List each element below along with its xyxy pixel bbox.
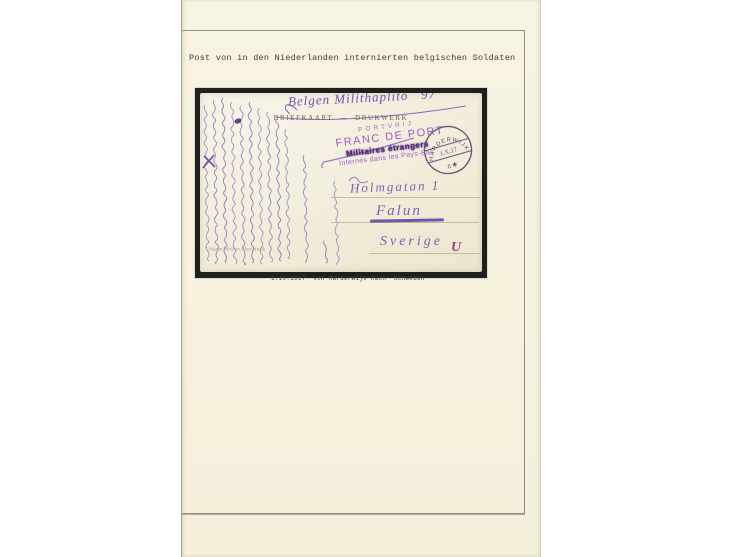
address-country: Sverige xyxy=(380,234,443,250)
album-page: Post von in den Niederlanden internierte… xyxy=(181,0,541,557)
postmark-bar-bottom xyxy=(429,151,471,163)
handwritten-heading: Belgen Milithaplito 97 xyxy=(288,93,437,110)
imprint-briefkaart: BRIEFKAART — DRUKWERK xyxy=(200,114,482,122)
handwritten-message-line xyxy=(222,98,228,263)
handwritten-message-line xyxy=(324,241,328,263)
publisher-imprint: Uitgave: Wolters, Harderwijk xyxy=(206,246,266,252)
postmark-date: 1.X.17 xyxy=(439,146,459,158)
postcard-mount: HARDERWIJK 1.X.17 6 ✱ Belgen Milithaplit… xyxy=(195,88,487,278)
address-street: Holmgatan 1 xyxy=(350,177,441,196)
postmark-index: 6 ✱ xyxy=(447,161,459,170)
address-ruling-line xyxy=(331,222,479,223)
scribble-x-mark xyxy=(203,155,215,168)
handwritten-message-line xyxy=(285,129,290,259)
handwritten-message-line xyxy=(258,108,263,264)
scanned-album-page: Post von in den Niederlanden internierte… xyxy=(0,0,740,557)
handwritten-message-line xyxy=(276,119,281,261)
typed-header: Post von in den Niederlanden internierte… xyxy=(189,53,515,63)
page-frame-bottom-line xyxy=(182,513,525,515)
handwritten-message-line xyxy=(204,105,209,261)
handwritten-message-line xyxy=(303,155,308,263)
handwritten-message-line xyxy=(240,106,246,265)
address-town: Falun xyxy=(376,203,422,220)
address-check-mark: U xyxy=(451,240,461,256)
postcard: HARDERWIJK 1.X.17 6 ✱ Belgen Milithaplit… xyxy=(200,93,482,272)
address-ruling-line xyxy=(369,253,481,254)
handwritten-message-line xyxy=(230,102,236,264)
page-frame-right-line xyxy=(524,30,525,514)
handwritten-message-line xyxy=(334,181,339,265)
handwritten-message-line xyxy=(248,102,254,263)
address-ruling-line xyxy=(331,197,481,198)
page-frame-top-line xyxy=(182,30,525,31)
handwritten-message-line xyxy=(212,100,218,264)
handwritten-message-line xyxy=(267,112,273,262)
typed-caption: 1.10.1917 von Harderwijk nach Schweden xyxy=(271,276,425,283)
